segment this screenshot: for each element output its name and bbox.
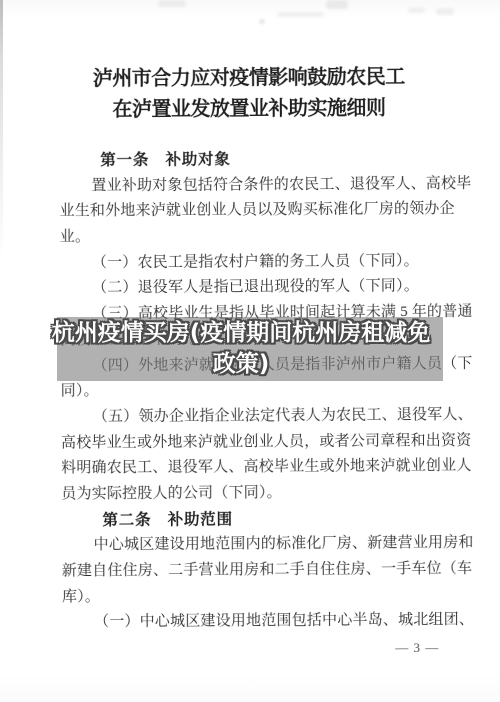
title-line-1: 泸州市合力应对疫情影响鼓励农民工 — [0, 61, 499, 95]
document-line: 业。 — [60, 223, 462, 251]
document-line: 中心城区建设用地范围内的标准化厂房、新建营业用房和 — [62, 531, 464, 559]
document-line: 业生和外地来泸就业创业人员以及购买标准化厂房的领办企 — [60, 197, 462, 225]
document-line: 第二条 补助范围 — [61, 505, 463, 533]
watermark-line-2: 政策) — [0, 349, 491, 380]
page-number: — 3 — — [62, 640, 464, 658]
document-line: 库）。 — [62, 582, 464, 610]
watermark-headline: 杭州疫情买房(疫情期间杭州房租减免 政策) — [0, 318, 491, 380]
document-line: （一）中心城区建设用地范围包括中心半岛、城北组团、 — [62, 608, 464, 636]
document-line: 置业补助对象包括符合条件的农民工、退役军人、高校毕 — [59, 171, 461, 199]
watermark-line-1: 杭州疫情买房(疫情期间杭州房租减免 — [0, 318, 491, 349]
document-line: 料明确农民工、退役军人、高校毕业生或外地来泸就业创业人 — [61, 454, 463, 482]
document-body: 第一条 补助对象置业补助对象包括符合条件的农民工、退役军人、高校毕业生和外地来泸… — [59, 146, 464, 637]
document-line: （一）农民工是指农村户籍的务工人员（下同）。 — [60, 248, 462, 276]
document-line: 高校毕业生或外地来泸就业创业人员，或者公司章程和出资资 — [61, 428, 463, 456]
title-line-2: 在泸置业发放置业补助实施细则 — [0, 92, 499, 126]
document-line: 第一条 补助对象 — [59, 146, 461, 174]
document-line: （五）领办企业指企业法定代表人为农民工、退役军人、 — [61, 403, 463, 431]
document-line: 新建自住住房、二手营业用房和二手自住住房、一手车位（车 — [62, 557, 464, 585]
document-line: 员为实际控股人的公司（下同）。 — [61, 480, 463, 508]
document-title: 泸州市合力应对疫情影响鼓励农民工 在泸置业发放置业补助实施细则 — [0, 61, 499, 126]
scanned-document-page: 泸州市合力应对疫情影响鼓励农民工 在泸置业发放置业补助实施细则 第一条 补助对象… — [0, 0, 500, 702]
document-line: 同）。 — [61, 377, 463, 405]
document-line: （二）退役军人是指已退出现役的军人（下同）。 — [60, 274, 462, 302]
